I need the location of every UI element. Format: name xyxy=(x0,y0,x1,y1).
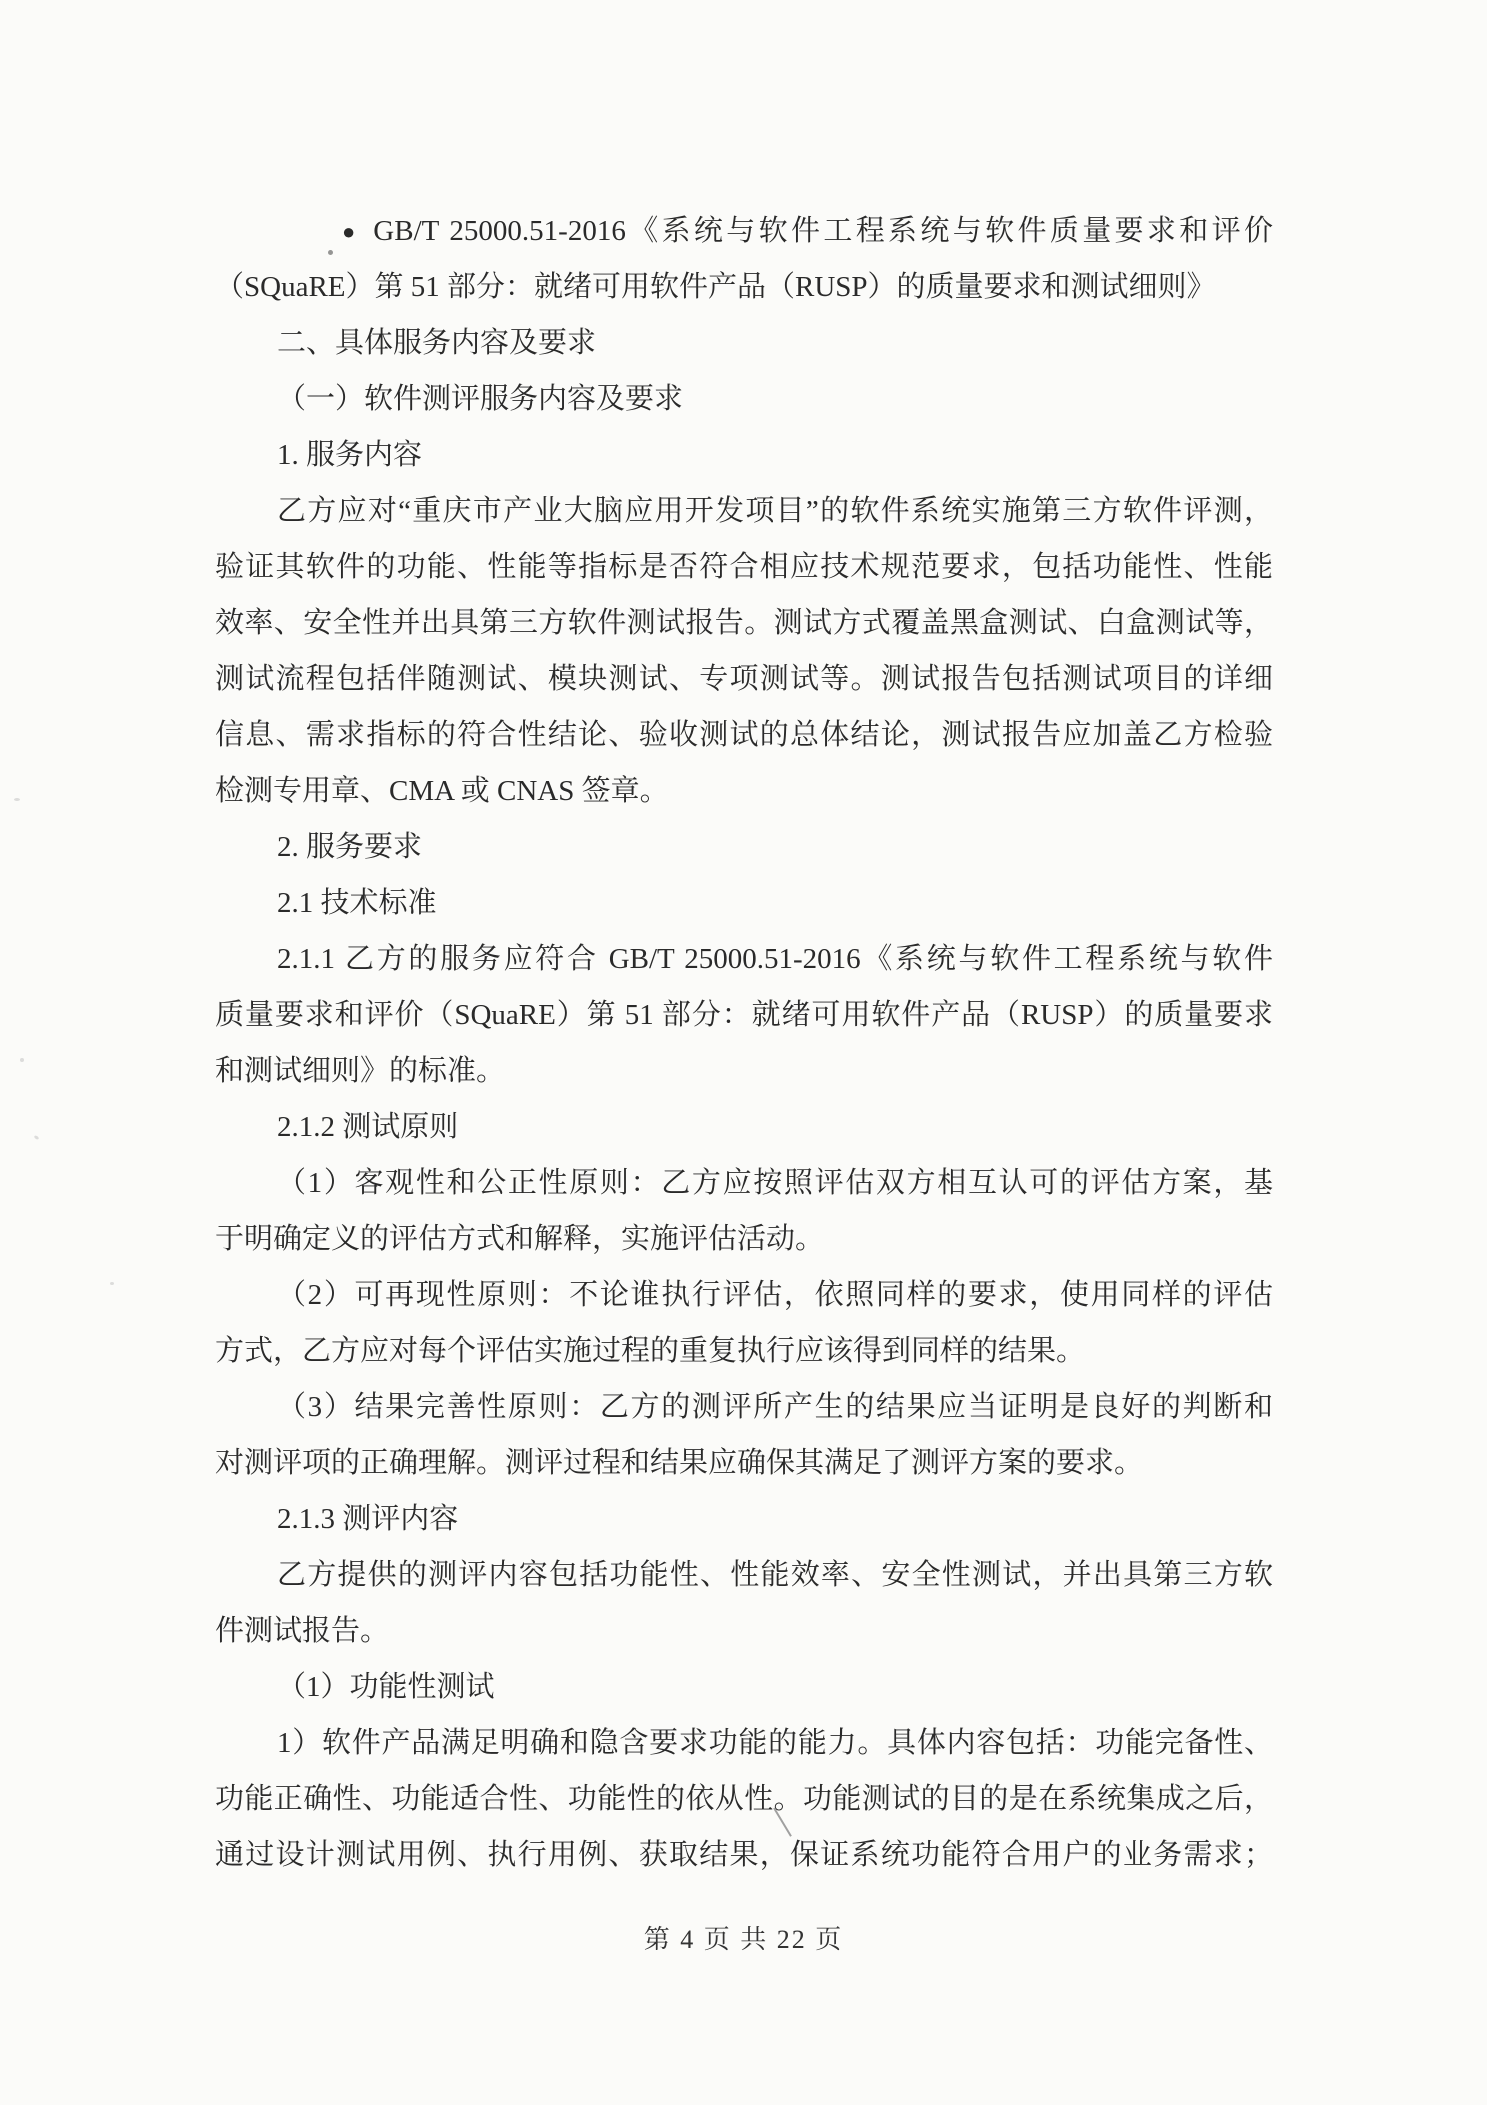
text-line: ●GB/T 25000.51-2016《系统与软件工程系统与软件质量要求和评价 xyxy=(215,203,1273,259)
line-text: （2）可再现性原则：不论谁执行评估，依照同样的要求，使用同样的评估 xyxy=(277,1279,1273,1311)
line-text: 验证其软件的功能、性能等指标是否符合相应技术规范要求，包括功能性、性能 xyxy=(215,551,1273,583)
text-line: 2. 服务要求 xyxy=(215,819,1273,875)
line-text: 通过设计测试用例、执行用例、获取结果，保证系统功能符合用户的业务需求； xyxy=(215,1839,1273,1871)
page-number: 第 4 页 共 22 页 xyxy=(644,1925,844,1954)
text-line: 检测专用章、CMA 或 CNAS 签章。 xyxy=(215,763,1273,819)
line-text: 质量要求和评价（SQuaRE）第 51 部分：就绪可用软件产品（RUSP）的质量… xyxy=(215,999,1273,1031)
line-text: 二、具体服务内容及要求 xyxy=(277,327,596,359)
text-line: 信息、需求指标的符合性结论、验收测试的总体结论，测试报告应加盖乙方检验 xyxy=(215,707,1273,763)
text-line: 质量要求和评价（SQuaRE）第 51 部分：就绪可用软件产品（RUSP）的质量… xyxy=(215,987,1273,1043)
scan-artifact-dot xyxy=(328,250,333,255)
text-line: （1）功能性测试 xyxy=(215,1659,1273,1715)
text-line: 效率、安全性并出具第三方软件测试报告。测试方式覆盖黑盒测试、白盒测试等， xyxy=(215,595,1273,651)
text-line: 2.1.1 乙方的服务应符合 GB/T 25000.51-2016《系统与软件工… xyxy=(215,931,1273,987)
line-text: 1. 服务内容 xyxy=(277,439,422,471)
text-line: （3）结果完善性原则：乙方的测评所产生的结果应当证明是良好的判断和 xyxy=(215,1379,1273,1435)
line-text: 于明确定义的评估方式和解释，实施评估活动。 xyxy=(215,1223,824,1255)
bullet-icon: ● xyxy=(342,204,355,260)
line-text: （1）功能性测试 xyxy=(277,1671,495,1703)
line-text: 2.1.3 测评内容 xyxy=(277,1503,458,1535)
text-line: 1）软件产品满足明确和隐含要求功能的能力。具体内容包括：功能完备性、 xyxy=(215,1715,1273,1771)
text-line: 对测评项的正确理解。测评过程和结果应确保其满足了测评方案的要求。 xyxy=(215,1435,1273,1491)
line-text: GB/T 25000.51-2016《系统与软件工程系统与软件质量要求和评价 xyxy=(373,215,1273,247)
scan-speck xyxy=(14,798,20,801)
text-line: 1. 服务内容 xyxy=(215,427,1273,483)
text-line: 功能正确性、功能适合性、功能性的依从性。功能测试的目的是在系统集成之后， xyxy=(215,1771,1273,1827)
line-text: （3）结果完善性原则：乙方的测评所产生的结果应当证明是良好的判断和 xyxy=(277,1391,1273,1423)
line-text: （1）客观性和公正性原则：乙方应按照评估双方相互认可的评估方案，基 xyxy=(277,1167,1273,1199)
text-line: 2.1.2 测试原则 xyxy=(215,1099,1273,1155)
line-text: 2.1.1 乙方的服务应符合 GB/T 25000.51-2016《系统与软件工… xyxy=(277,943,1273,975)
scan-speck xyxy=(34,1135,40,1140)
line-text: （一）软件测评服务内容及要求 xyxy=(277,383,683,415)
page-footer: 第 4 页 共 22 页 xyxy=(0,1919,1487,1956)
line-text: 2.1.2 测试原则 xyxy=(277,1111,458,1143)
line-text: （SQuaRE）第 51 部分：就绪可用软件产品（RUSP）的质量要求和测试细则… xyxy=(215,271,1216,303)
line-text: 对测评项的正确理解。测评过程和结果应确保其满足了测评方案的要求。 xyxy=(215,1447,1143,1479)
line-text: 信息、需求指标的符合性结论、验收测试的总体结论，测试报告应加盖乙方检验 xyxy=(215,719,1273,751)
text-line: 验证其软件的功能、性能等指标是否符合相应技术规范要求，包括功能性、性能 xyxy=(215,539,1273,595)
line-text: 和测试细则》的标准。 xyxy=(215,1055,505,1087)
text-line: 通过设计测试用例、执行用例、获取结果，保证系统功能符合用户的业务需求； xyxy=(215,1827,1273,1883)
text-line: 乙方应对“重庆市产业大脑应用开发项目”的软件系统实施第三方软件评测， xyxy=(215,483,1273,539)
line-text: 乙方应对“重庆市产业大脑应用开发项目”的软件系统实施第三方软件评测， xyxy=(277,495,1273,527)
line-text: 乙方提供的测评内容包括功能性、性能效率、安全性测试，并出具第三方软 xyxy=(277,1559,1273,1591)
line-text: 件测试报告。 xyxy=(215,1615,389,1647)
text-line: 方式，乙方应对每个评估实施过程的重复执行应该得到同样的结果。 xyxy=(215,1323,1273,1379)
text-line: 于明确定义的评估方式和解释，实施评估活动。 xyxy=(215,1211,1273,1267)
line-text: 1）软件产品满足明确和隐含要求功能的能力。具体内容包括：功能完备性、 xyxy=(277,1727,1273,1759)
line-text: 2.1 技术标准 xyxy=(277,887,437,919)
text-line: （SQuaRE）第 51 部分：就绪可用软件产品（RUSP）的质量要求和测试细则… xyxy=(215,259,1273,315)
text-line: 二、具体服务内容及要求 xyxy=(215,315,1273,371)
line-text: 方式，乙方应对每个评估实施过程的重复执行应该得到同样的结果。 xyxy=(215,1335,1085,1367)
text-line: 件测试报告。 xyxy=(215,1603,1273,1659)
text-line: （1）客观性和公正性原则：乙方应按照评估双方相互认可的评估方案，基 xyxy=(215,1155,1273,1211)
text-line: （一）软件测评服务内容及要求 xyxy=(215,371,1273,427)
scan-speck xyxy=(110,1282,114,1285)
document-page: ●GB/T 25000.51-2016《系统与软件工程系统与软件质量要求和评价（… xyxy=(0,0,1487,2105)
text-line: （2）可再现性原则：不论谁执行评估，依照同样的要求，使用同样的评估 xyxy=(215,1267,1273,1323)
line-text: 效率、安全性并出具第三方软件测试报告。测试方式覆盖黑盒测试、白盒测试等， xyxy=(215,607,1273,639)
document-body: ●GB/T 25000.51-2016《系统与软件工程系统与软件质量要求和评价（… xyxy=(215,203,1273,1883)
text-line: 乙方提供的测评内容包括功能性、性能效率、安全性测试，并出具第三方软 xyxy=(215,1547,1273,1603)
line-text: 功能正确性、功能适合性、功能性的依从性。功能测试的目的是在系统集成之后， xyxy=(215,1783,1273,1815)
line-text: 检测专用章、CMA 或 CNAS 签章。 xyxy=(215,775,669,807)
line-text: 2. 服务要求 xyxy=(277,831,422,863)
text-line: 和测试细则》的标准。 xyxy=(215,1043,1273,1099)
text-line: 测试流程包括伴随测试、模块测试、专项测试等。测试报告包括测试项目的详细 xyxy=(215,651,1273,707)
scan-speck xyxy=(20,1058,24,1062)
line-text: 测试流程包括伴随测试、模块测试、专项测试等。测试报告包括测试项目的详细 xyxy=(215,663,1273,695)
text-line: 2.1 技术标准 xyxy=(215,875,1273,931)
text-line: 2.1.3 测评内容 xyxy=(215,1491,1273,1547)
